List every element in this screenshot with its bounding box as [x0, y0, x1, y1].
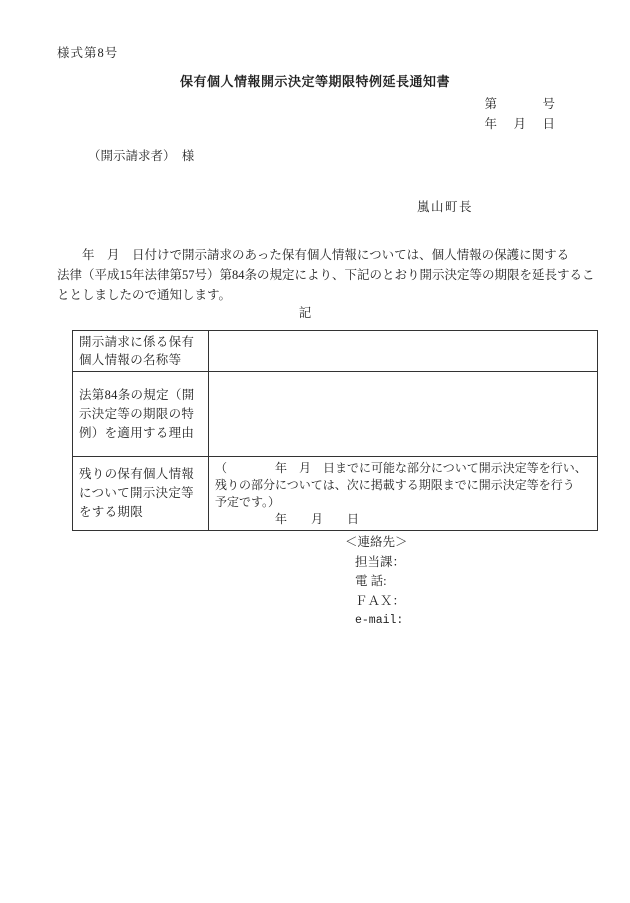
- row-label-line: 示決定等の期限の特: [79, 405, 204, 424]
- document-date-line: 年 月 日: [484, 114, 557, 134]
- row-value: [209, 331, 598, 372]
- document-page: 様式第8号 保有個人情報開示決定等期限特例延長通知書 第 号 年 月 日 （開示…: [0, 0, 630, 903]
- contact-block: ＜連絡先＞ 担当課： 電 話: ＦＡＸ： e-mail:: [345, 533, 408, 631]
- info-table: 開示請求に係る保有 個人情報の名称等 法第84条の規定（開 示決定等の期限の特 …: [72, 330, 598, 531]
- row-label-line: 残りの保有個人情報: [79, 465, 204, 484]
- row-label-line: 法第84条の規定（開: [79, 386, 204, 405]
- body-paragraph: 年 月 日付けで開示請求のあった保有個人情報については、個人情報の保護に関する …: [57, 245, 602, 305]
- row-label-line: 個人情報の名称等: [79, 351, 204, 369]
- document-title: 保有個人情報開示決定等期限特例延長通知書: [0, 71, 630, 90]
- body-line: 法律（平成15年法律第57号）第84条の規定により、下記のとおり開示決定等の期限…: [57, 265, 602, 285]
- row-value: （ 年 月 日までに可能な部分について開示決定等を行い、 残りの部分については、…: [209, 457, 598, 531]
- row-label-line: 開示請求に係る保有: [79, 333, 204, 351]
- contact-header: ＜連絡先＞: [345, 533, 408, 553]
- table-row: 開示請求に係る保有 個人情報の名称等: [73, 331, 598, 372]
- table-row: 残りの保有個人情報 について開示決定等 をする期限 （ 年 月 日までに可能な部…: [73, 457, 598, 531]
- recipient-line: （開示請求者） 様: [88, 146, 194, 164]
- body-line: ととしましたので通知します。: [57, 285, 602, 305]
- row-value-line: 残りの部分については、次に掲載する期限までに開示決定等を行う: [215, 477, 593, 494]
- body-line: 年 月 日付けで開示請求のあった保有個人情報については、個人情報の保護に関する: [57, 245, 602, 265]
- document-number-block: 第 号 年 月 日: [484, 94, 557, 134]
- document-number-line: 第 号: [484, 94, 557, 114]
- row-value-line: 年 月 日: [215, 511, 593, 528]
- row-value-line: （ 年 月 日までに可能な部分について開示決定等を行い、: [215, 460, 593, 477]
- row-label: 法第84条の規定（開 示決定等の期限の特 例）を適用する理由: [73, 372, 209, 457]
- row-label-line: 例）を適用する理由: [79, 424, 204, 443]
- contact-email-line: e-mail:: [345, 611, 408, 631]
- row-label: 開示請求に係る保有 個人情報の名称等: [73, 331, 209, 372]
- contact-department-line: 担当課：: [345, 553, 408, 573]
- form-number: 様式第8号: [57, 43, 118, 61]
- contact-fax-line: ＦＡＸ：: [345, 592, 408, 612]
- table-row: 法第84条の規定（開 示決定等の期限の特 例）を適用する理由: [73, 372, 598, 457]
- row-value-line: 予定です。）: [215, 494, 593, 511]
- contact-phone-line: 電 話:: [345, 572, 408, 592]
- issuer-name: 嵐山町長: [417, 197, 473, 215]
- row-label-line: について開示決定等: [79, 484, 204, 503]
- ki-marker: 記: [0, 303, 610, 321]
- row-value: [209, 372, 598, 457]
- row-label: 残りの保有個人情報 について開示決定等 をする期限: [73, 457, 209, 531]
- row-label-line: をする期限: [79, 503, 204, 522]
